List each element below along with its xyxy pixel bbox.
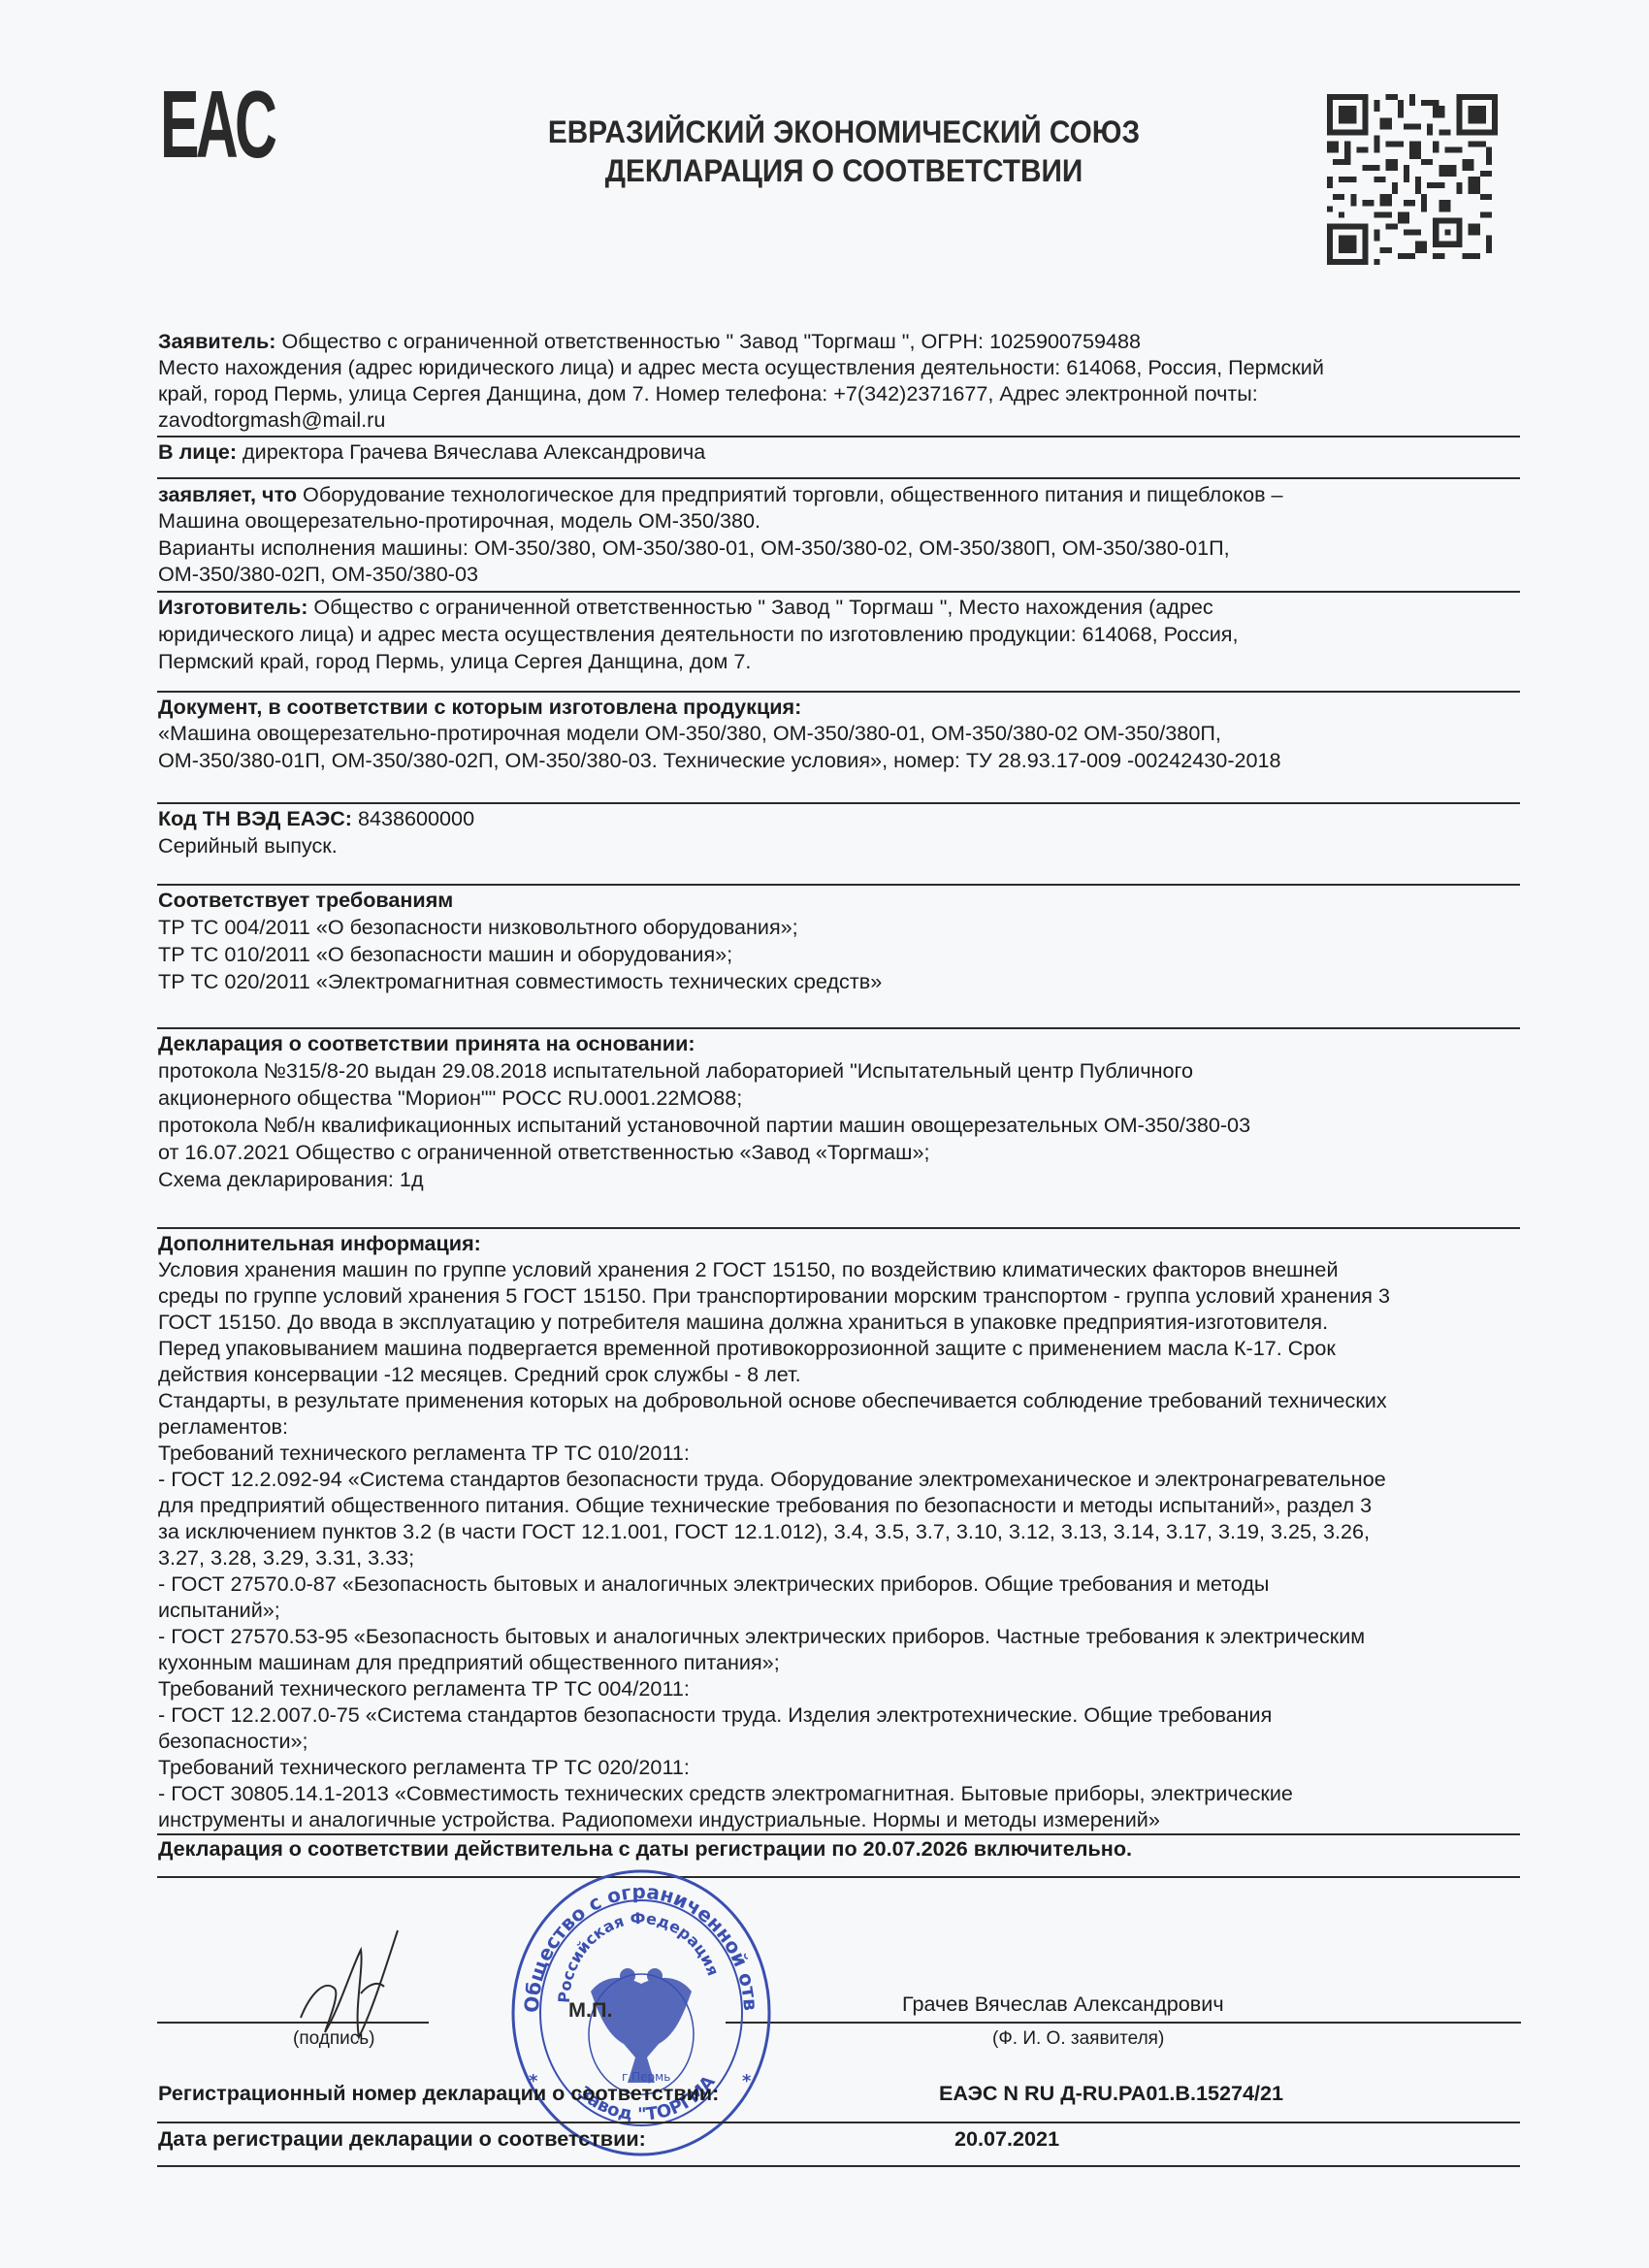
additional-line: Требований технического регламента ТР ТС… [158,1756,690,1779]
seal-place-caption: М.П. [568,1998,613,2022]
declares-product: Оборудование технологическое для предпри… [297,482,1283,506]
divider [157,591,1520,593]
name-line [726,2022,1521,2024]
additional-line: кухонным машинам для предприятий обществ… [158,1651,780,1674]
additional-line: инструменты и аналогичные устройства. Ра… [158,1808,1160,1831]
divider [157,477,1520,479]
additional-line: Стандарты, в результате применения котор… [158,1389,1387,1412]
registration-number-value: ЕАЭС N RU Д-RU.PA01.B.15274/21 [939,2082,1283,2105]
divider [157,2165,1520,2167]
additional-line: - ГОСТ 27570.53-95 «Безопасность бытовых… [158,1625,1365,1648]
additional-line: Требований технического регламента ТР ТС… [158,1442,690,1465]
registration-date-value: 20.07.2021 [954,2127,1059,2151]
applicant-line: Заявитель: Общество с ограниченной ответ… [158,330,1141,353]
additional-line: - ГОСТ 30805.14.1-2013 «Совместимость те… [158,1782,1293,1805]
additional-line: ГОСТ 15150. До ввода в эксплуатацию у по… [158,1311,1328,1334]
declares-line: заявляет, что Оборудование технологическ… [158,483,1283,506]
basis-line: протокола №б/н квалификационных испытани… [158,1114,1250,1137]
additional-line: - ГОСТ 27570.0-87 «Безопасность бытовых … [158,1572,1269,1596]
applicant-name-caption: (Ф. И. О. заявителя) [992,2027,1164,2051]
manufacturer-value: Общество с ограниченной ответственностью… [307,595,1212,619]
company-seal-icon: Общество с ограниченной ответственностью… [509,1867,773,2158]
signature-icon [281,1901,475,2057]
hs-code-line: Код ТН ВЭД ЕАЭС: 8438600000 [158,807,474,830]
divider [157,1833,1520,1835]
declares-variants-cont: ОМ-350/380-02П, ОМ-350/380-03 [158,563,478,586]
applicant-value: Общество с ограниченной ответственностью… [275,329,1141,353]
declaration-scheme: Схема декларирования: 1д [158,1168,424,1191]
additional-line: Перед упаковыванием машина подвергается … [158,1337,1336,1360]
declares-product-model: Машина овощерезательно-протирочная, моде… [158,509,760,533]
divider [157,802,1520,804]
represented-by-line: В лице: директора Грачева Вячеслава Алек… [158,440,705,464]
basis-label: Декларация о соответствии принята на осн… [158,1032,695,1055]
qr-code-icon [1327,91,1498,268]
additional-line: среды по группе условий хранения 5 ГОСТ … [158,1284,1390,1308]
document-line-1: «Машина овощерезательно-протирочная моде… [158,722,1221,745]
validity-statement: Декларация о соответствии действительна … [158,1837,1132,1861]
additional-line: - ГОСТ 12.2.007.0-75 «Система стандартов… [158,1703,1272,1727]
document-title-union: ЕВРАЗИЙСКИЙ ЭКОНОМИЧЕСКИЙ СОЮЗ [438,113,1250,151]
divider [157,1027,1520,1029]
additional-line: для предприятий общественного питания. О… [158,1494,1372,1517]
additional-line: регламентов: [158,1415,288,1439]
requirement-item: ТР ТС 020/2011 «Электромагнитная совмест… [158,970,882,993]
manufacturer-label: Изготовитель: [158,595,307,619]
requirement-item: ТР ТС 004/2011 «О безопасности низковоль… [158,916,798,939]
requirements-label: Соответствует требованиям [158,889,453,912]
basis-line: от 16.07.2021 Общество с ограниченной от… [158,1141,930,1164]
divider [157,691,1520,693]
declares-variants: Варианты исполнения машины: ОМ-350/380, … [158,536,1230,560]
basis-line: протокола №315/8-20 выдан 29.08.2018 исп… [158,1059,1193,1083]
additional-line: безопасности»; [158,1730,308,1753]
declares-label: заявляет, что [158,482,297,506]
divider [157,2122,1520,2123]
divider [157,1227,1520,1229]
applicant-label: Заявитель: [158,329,275,353]
manufacturer-address-1: юридического лица) и адрес места осущест… [158,623,1238,646]
document-line-2: ОМ-350/380-01П, ОМ-350/380-02П, ОМ-350/3… [158,749,1281,772]
document-title-declaration: ДЕКЛАРАЦИЯ О СООТВЕТСТВИИ [438,151,1250,190]
additional-line: Требований технического регламента ТР ТС… [158,1677,690,1701]
requirement-item: ТР ТС 010/2011 «О безопасности машин и о… [158,943,732,966]
eac-logo: EAC [160,76,220,173]
hs-code-label: Код ТН ВЭД ЕАЭС: [158,806,352,830]
basis-line: акционерного общества "Морион"" РОСС RU.… [158,1086,742,1110]
registration-number-label: Регистрационный номер декларации о соотв… [158,2082,719,2105]
additional-line: действия консервации -12 месяцев. Средни… [158,1363,801,1386]
additional-line: - ГОСТ 12.2.092-94 «Система стандартов б… [158,1468,1386,1491]
represented-by-value: директора Грачева Вячеслава Александрови… [237,439,705,464]
additional-info-label: Дополнительная информация: [158,1232,481,1255]
hs-code-value: 8438600000 [352,806,474,830]
additional-line: испытаний»; [158,1599,280,1622]
applicant-address-1: Место нахождения (адрес юридического лиц… [158,356,1324,379]
document-label: Документ, в соответствии с которым изгот… [158,696,801,719]
manufacturer-line: Изготовитель: Общество с ограниченной от… [158,596,1213,619]
divider [157,436,1520,437]
production-type: Серийный выпуск. [158,834,338,858]
divider [157,884,1520,886]
applicant-address-2: край, город Пермь, улица Сергея Данщина,… [158,382,1258,405]
registration-date-label: Дата регистрации декларации о соответств… [158,2127,646,2151]
applicant-email: zavodtorgmash@mail.ru [158,408,385,432]
additional-line: 3.27, 3.28, 3.29, 3.31, 3.33; [158,1546,414,1570]
applicant-name: Грачев Вячеслав Александрович [902,1993,1224,2016]
manufacturer-address-2: Пермский край, город Пермь, улица Сергея… [158,650,751,673]
additional-line: Условия хранения машин по группе условий… [158,1258,1339,1281]
represented-by-label: В лице: [158,439,237,464]
svg-text:*: * [742,2071,752,2091]
additional-line: за исключением пунктов 3.2 (в части ГОСТ… [158,1520,1370,1543]
divider [157,1876,1520,1878]
